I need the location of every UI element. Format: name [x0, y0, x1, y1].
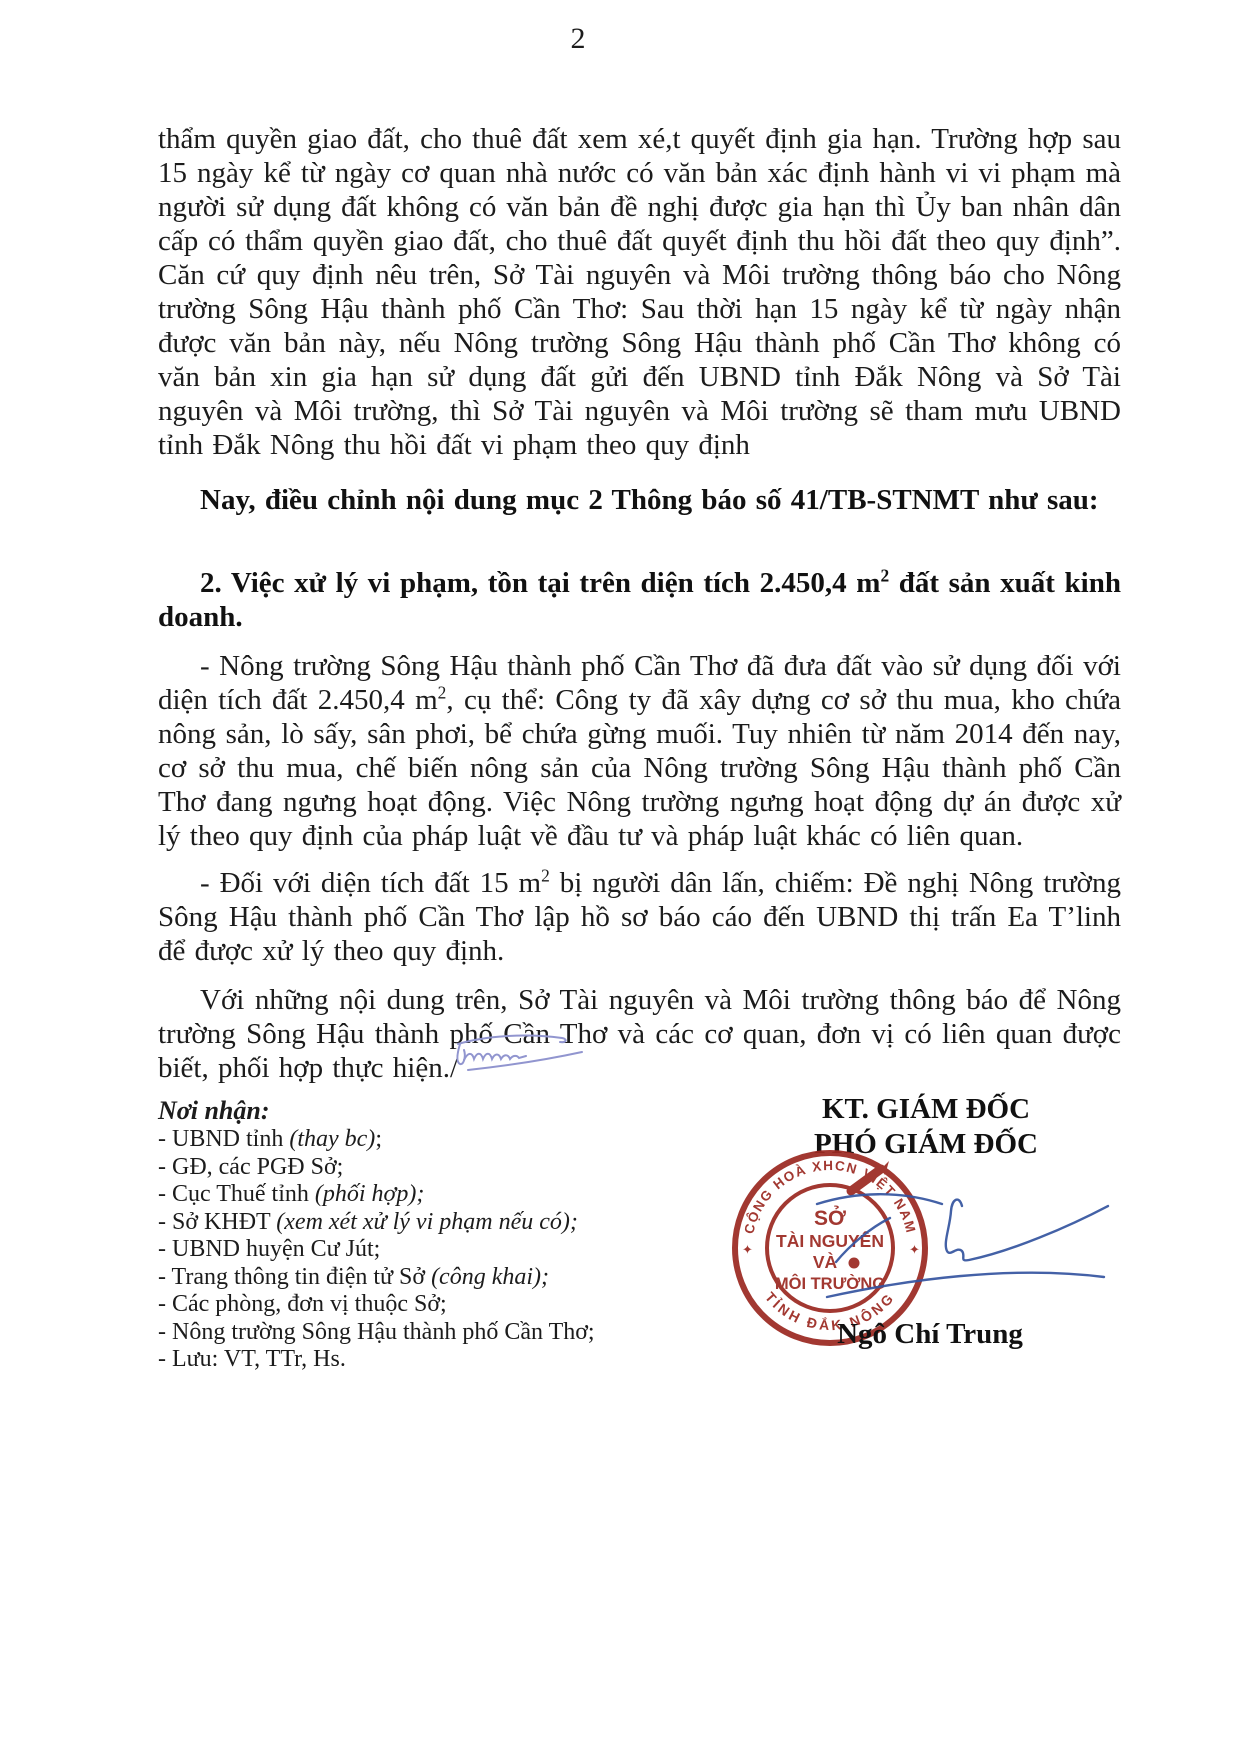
- recipient-note: (phối hợp);: [315, 1181, 424, 1207]
- recipient-item: - UBND tỉnh (thay bc);: [158, 1126, 638, 1154]
- recipient-text: - Nông trường Sông Hậu thành phố Cần Thơ…: [158, 1319, 595, 1345]
- recipient-item: - GĐ, các PGĐ Sở;: [158, 1154, 638, 1182]
- recipient-item: - Trang thông tin điện tử Sở (công khai)…: [158, 1264, 638, 1292]
- recipient-text: - Các phòng, đơn vị thuộc Sở;: [158, 1291, 447, 1317]
- heading-section-2: 2. Việc xử lý vi phạm, tồn tại trên diện…: [158, 566, 1121, 634]
- recipient-text: - UBND huyện Cư Jút;: [158, 1236, 380, 1262]
- signature-title-line1: KT. GIÁM ĐỐC: [770, 1092, 1082, 1127]
- recipients-label: Nơi nhận:: [158, 1096, 638, 1126]
- recipient-text: - Cục Thuế tỉnh: [158, 1181, 315, 1207]
- recipient-text: - Lưu: VT, TTr, Hs.: [158, 1346, 346, 1372]
- recipient-note: (thay bc): [289, 1126, 375, 1152]
- paragraph-adjustment-intro: Nay, điều chỉnh nội dung mục 2 Thông báo…: [158, 483, 1121, 517]
- recipient-text: - Sở KHĐT: [158, 1209, 276, 1235]
- signature-top-stroke: [817, 1194, 942, 1204]
- recipient-text: - Trang thông tin điện tử Sở: [158, 1264, 431, 1290]
- initials-scribble: [450, 1028, 590, 1078]
- signature-underline-stroke: [827, 1273, 1104, 1297]
- signature-flick-stroke: [946, 1200, 1108, 1261]
- recipients-block: Nơi nhận: - UBND tỉnh (thay bc); - GĐ, c…: [158, 1096, 638, 1374]
- recipient-note: (xem xét xử lý vi phạm nếu có);: [276, 1209, 578, 1235]
- initials-loop-stroke: [457, 1044, 464, 1064]
- recipient-item: - UBND huyện Cư Jút;: [158, 1236, 638, 1264]
- recipient-text: - UBND tỉnh: [158, 1126, 289, 1152]
- recipient-item: - Sở KHĐT (xem xét xử lý vi phạm nếu có)…: [158, 1209, 638, 1237]
- signer-name: Ngô Chí Trung: [770, 1318, 1090, 1351]
- initials-wave-stroke: [464, 1054, 526, 1060]
- superscript-m2: 2: [541, 865, 550, 885]
- recipient-item: - Cục Thuế tỉnh (phối hợp);: [158, 1181, 638, 1209]
- superscript-m2: 2: [880, 565, 889, 585]
- paragraph-encroachment: - Đối với diện tích đất 15 m2 bị người d…: [158, 866, 1121, 968]
- recipient-text: - GĐ, các PGĐ Sở;: [158, 1154, 343, 1180]
- recipient-item: - Nông trường Sông Hậu thành phố Cần Thơ…: [158, 1319, 638, 1347]
- heading-text-pre: 2. Việc xử lý vi phạm, tồn tại trên diện…: [200, 567, 880, 599]
- paragraph-land-use: - Nông trường Sông Hậu thành phố Cần Thơ…: [158, 649, 1121, 853]
- initials-top-stroke: [458, 1036, 566, 1044]
- recipient-item: - Các phòng, đơn vị thuộc Sở;: [158, 1291, 638, 1319]
- paragraph-legal-basis: thẩm quyền giao đất, cho thuê đất xem xé…: [158, 122, 1121, 462]
- signature-scribble: [700, 1150, 1241, 1320]
- p4-text-pre: - Đối với diện tích đất 15 m: [200, 867, 541, 899]
- page-number: 2: [571, 22, 586, 56]
- signature-cross-stroke: [836, 1218, 890, 1262]
- paragraph-closing: Với những nội dung trên, Sở Tài nguyên v…: [158, 983, 1121, 1085]
- recipient-tail: ;: [375, 1126, 382, 1152]
- recipient-item: - Lưu: VT, TTr, Hs.: [158, 1346, 638, 1374]
- recipient-note: (công khai);: [431, 1264, 549, 1290]
- document-page: 2 thẩm quyền giao đất, cho thuê đất xem …: [0, 0, 1241, 1755]
